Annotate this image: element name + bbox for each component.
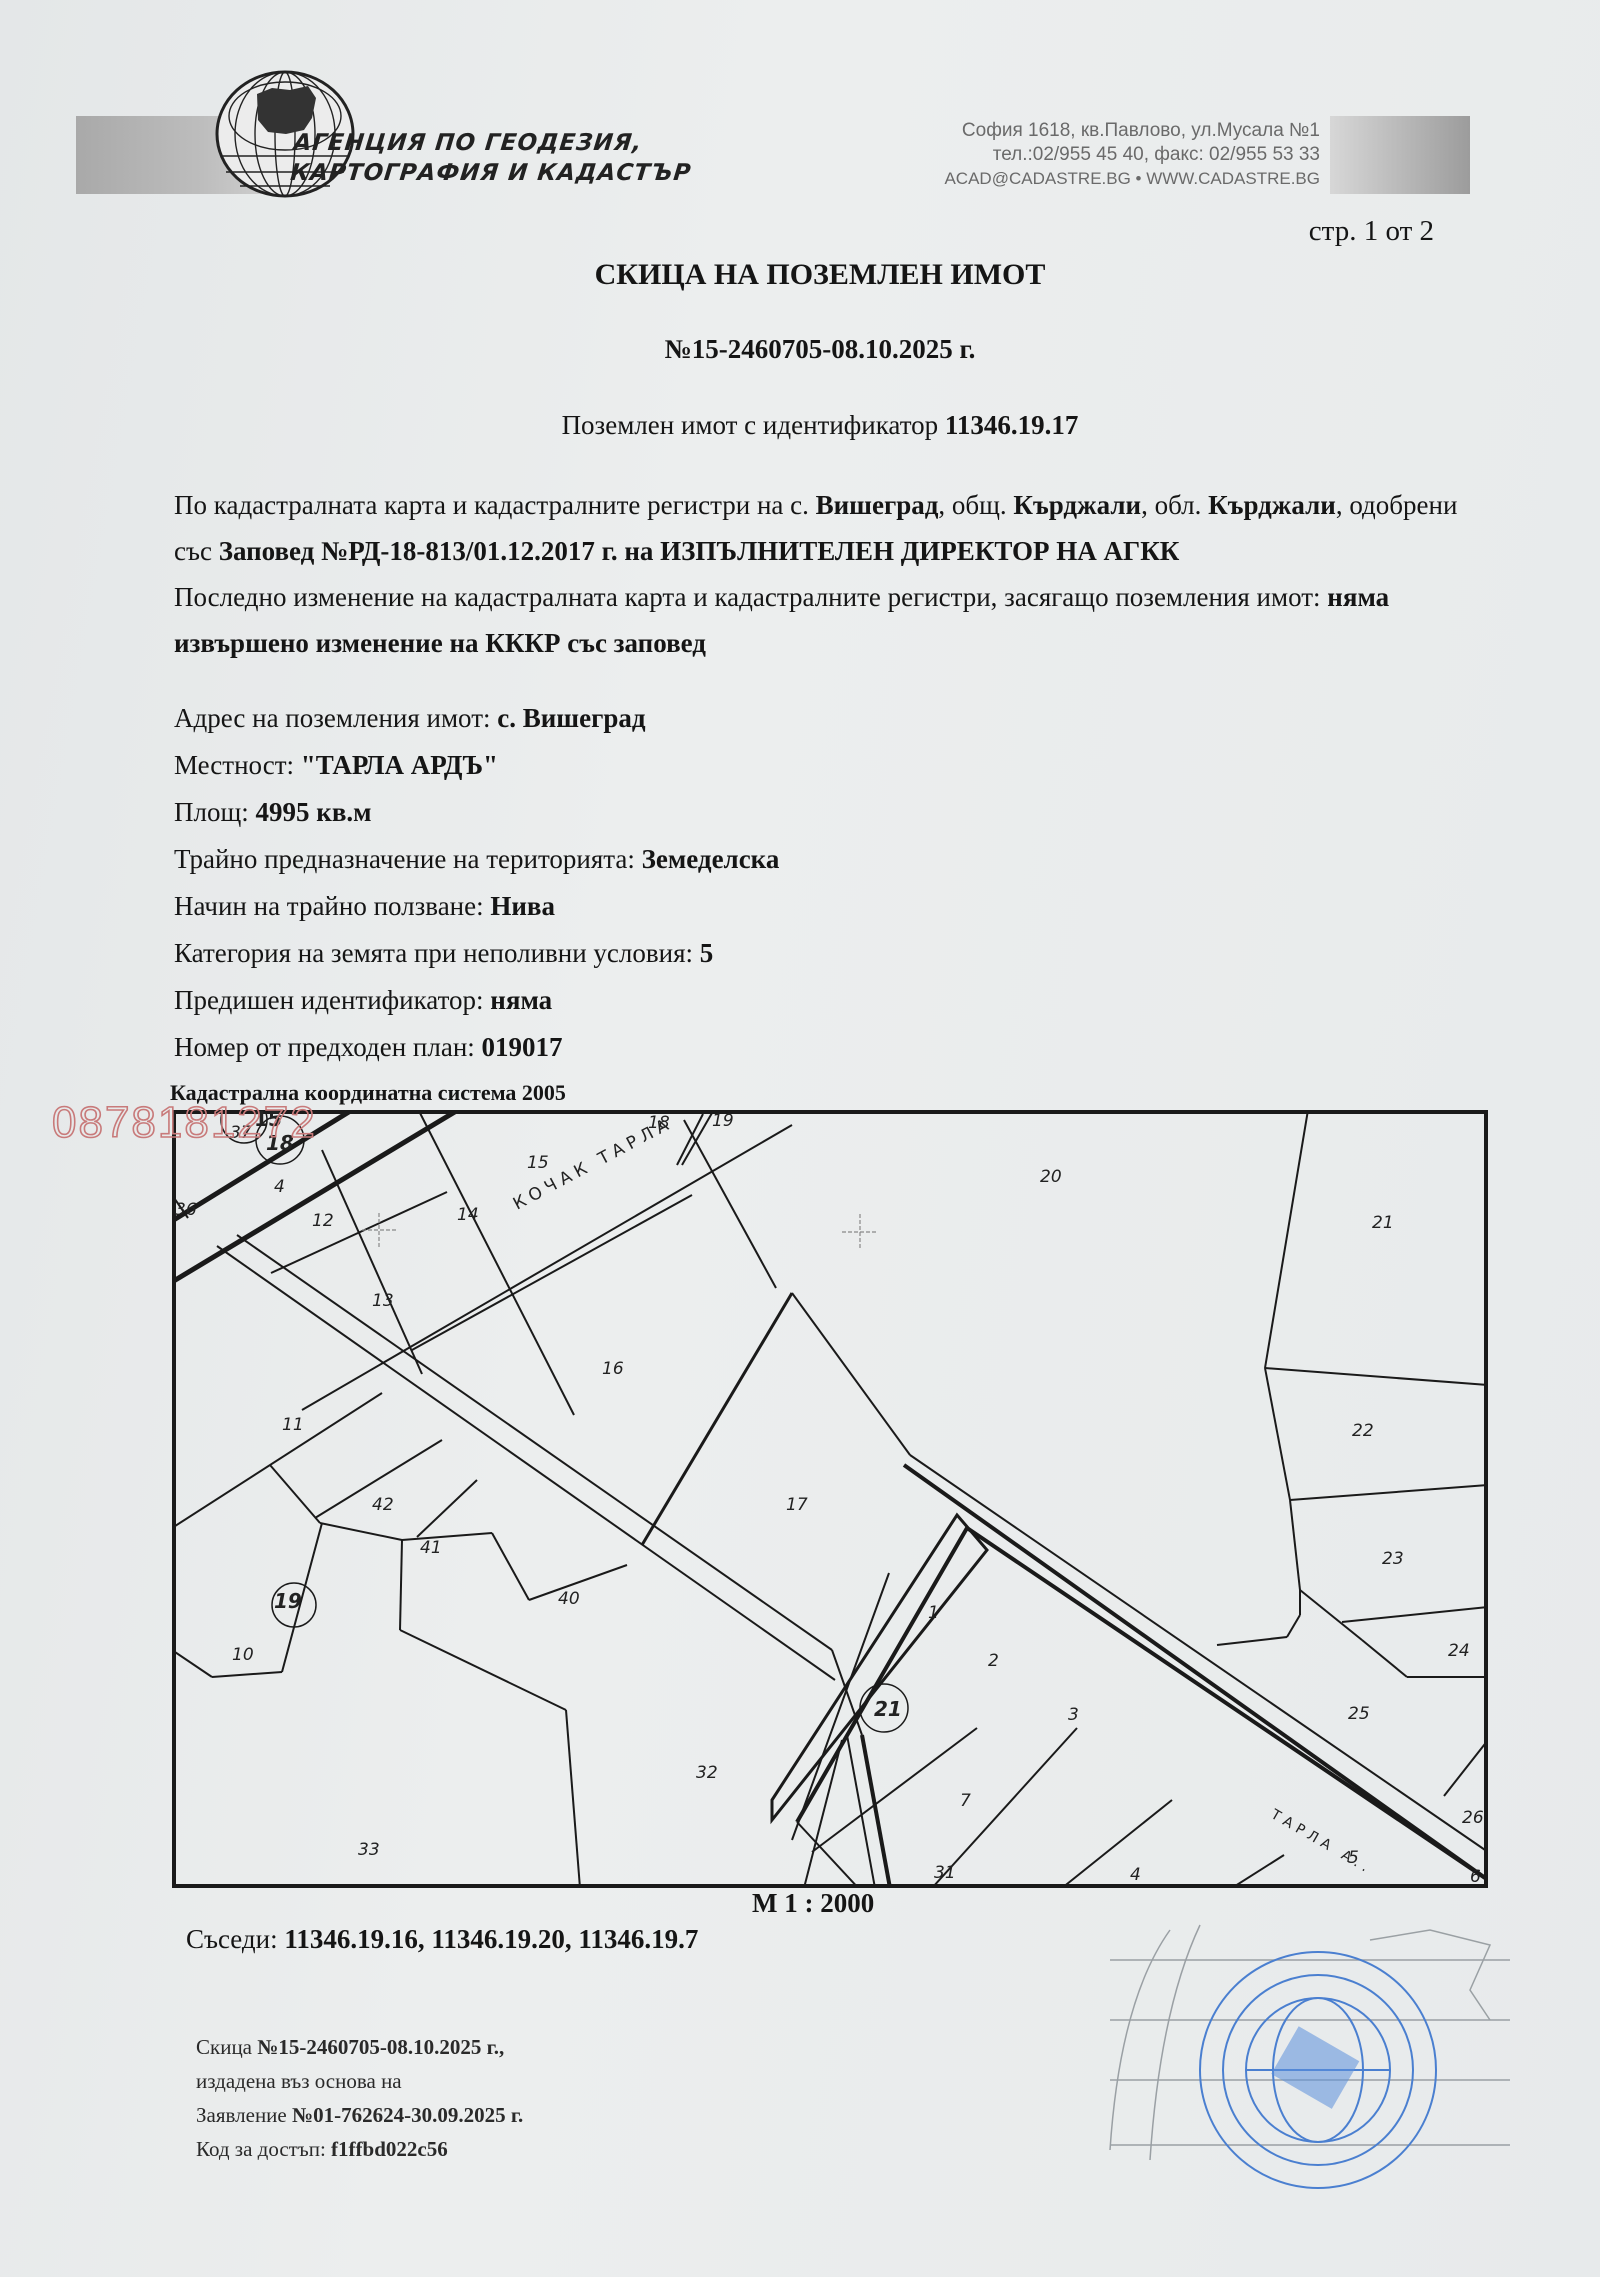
svg-text:14: 14 [457, 1205, 479, 1225]
field-land-category: Категория на земята при неполивни услови… [174, 938, 713, 969]
svg-text:32: 32 [696, 1763, 718, 1783]
svg-text:25: 25 [1348, 1704, 1370, 1724]
svg-text:3: 3 [1068, 1705, 1079, 1725]
field-usage: Начин на трайно ползване: Нива [174, 891, 555, 922]
footer-access-code: Код за достъп: f1ffbd022c56 [196, 2132, 523, 2166]
svg-text:10: 10 [232, 1645, 254, 1665]
footer-issued-basis: издадена въз основа на [196, 2064, 523, 2098]
field-area: Площ: 4995 кв.м [174, 797, 372, 828]
agency-name-line2: КАРТОГРАФИЯ И КАДАСТЪР [289, 158, 693, 188]
document-page: АГЕНЦИЯ ПО ГЕОДЕЗИЯ, КАРТОГРАФИЯ И КАДАС… [0, 0, 1600, 2277]
svg-text:21: 21 [1372, 1213, 1394, 1233]
agency-name-line1: АГЕНЦИЯ ПО ГЕОДЕЗИЯ, [292, 128, 696, 158]
svg-text:19: 19 [712, 1111, 734, 1131]
approval-order: Заповед №РД-18-813/01.12.2017 г. на ИЗПЪ… [219, 536, 1180, 566]
svg-text:23: 23 [1382, 1549, 1404, 1569]
svg-text:36: 36 [175, 1200, 197, 1220]
page-number: стр. 1 от 2 [1309, 215, 1434, 248]
field-previous-identifier: Предишен идентификатор: няма [174, 985, 552, 1016]
svg-text:24: 24 [1448, 1641, 1470, 1661]
field-previous-plan-number: Номер от предходен план: 019017 [174, 1032, 563, 1063]
svg-text:20: 20 [1040, 1167, 1062, 1187]
parcel-identifier-value: 11346.19.17 [945, 410, 1079, 440]
svg-text:13: 13 [372, 1291, 394, 1311]
svg-text:2: 2 [988, 1651, 999, 1671]
field-territory-purpose: Трайно предназначение на територията: Зе… [174, 844, 779, 875]
document-title: СКИЦА НА ПОЗЕМЛЕН ИМОТ [0, 258, 1600, 292]
header-gradient-bar-right [1330, 116, 1470, 194]
svg-text:19: 19 [274, 1589, 302, 1613]
svg-text:26: 26 [1462, 1808, 1484, 1828]
svg-text:4: 4 [274, 1177, 285, 1197]
svg-text:6: 6 [1470, 1867, 1481, 1887]
svg-text:7: 7 [960, 1791, 971, 1811]
last-change-paragraph: Последно изменение на кадастралната карт… [174, 574, 1494, 666]
svg-text:42: 42 [372, 1495, 394, 1515]
neighbours-value: 11346.19.16, 11346.19.20, 11346.19.7 [284, 1924, 698, 1954]
phone-watermark: 0878181272 [52, 1098, 317, 1148]
basis-paragraph: По кадастралната карта и кадастралните р… [174, 482, 1494, 574]
field-locality: Местност: "ТАРЛА АРДЪ" [174, 750, 498, 781]
svg-text:22: 22 [1352, 1421, 1374, 1441]
footer-sketch-number: Скица №15-2460705-08.10.2025 г., [196, 2030, 523, 2064]
official-stamp-icon [1090, 1900, 1510, 2200]
svg-text:41: 41 [420, 1538, 442, 1558]
agency-contacts: София 1618, кв.Павлово, ул.Мусала №1 тел… [902, 119, 1320, 191]
neighbours: Съседи: 11346.19.16, 11346.19.20, 11346.… [186, 1924, 698, 1955]
svg-text:31: 31 [934, 1863, 956, 1883]
svg-text:40: 40 [558, 1589, 580, 1609]
svg-text:12: 12 [312, 1211, 334, 1231]
map-scale: М 1 : 2000 [752, 1888, 874, 1919]
svg-text:11: 11 [282, 1415, 304, 1435]
cadastre-basis: По кадастралната карта и кадастралните р… [174, 482, 1494, 666]
svg-text:16: 16 [602, 1359, 624, 1379]
svg-text:33: 33 [358, 1840, 380, 1860]
agency-address: София 1618, кв.Павлово, ул.Мусала №1 [902, 119, 1320, 143]
svg-text:17: 17 [786, 1495, 808, 1515]
agency-email-web: ACAD@CADASTRE.BG • WWW.CADASTRE.BG [902, 167, 1320, 191]
svg-text:4: 4 [1130, 1865, 1141, 1885]
agency-name: АГЕНЦИЯ ПО ГЕОДЕЗИЯ, КАРТОГРАФИЯ И КАДАС… [289, 128, 696, 188]
footer-application: Заявление №01-762624-30.09.2025 г. [196, 2098, 523, 2132]
agency-phone-fax: тел.:02/955 45 40, факс: 02/955 53 33 [902, 143, 1320, 167]
sketch-footer: Скица №15-2460705-08.10.2025 г., издаден… [196, 2030, 523, 2166]
svg-text:21: 21 [874, 1697, 902, 1721]
cadastral-map: 37 15 18 4 36 12 14 15 18 19 20 21 13 16… [172, 1110, 1488, 1888]
document-number: №15-2460705-08.10.2025 г. [0, 334, 1600, 365]
parcel-identifier: Поземлен имот с идентификатор 11346.19.1… [0, 410, 1600, 441]
svg-text:15: 15 [527, 1153, 549, 1173]
svg-text:1: 1 [928, 1603, 939, 1623]
field-address: Адрес на поземления имот: с. Вишеград [174, 703, 646, 734]
svg-text:ТАРЛА А..: ТАРЛА А.. [1267, 1806, 1375, 1878]
